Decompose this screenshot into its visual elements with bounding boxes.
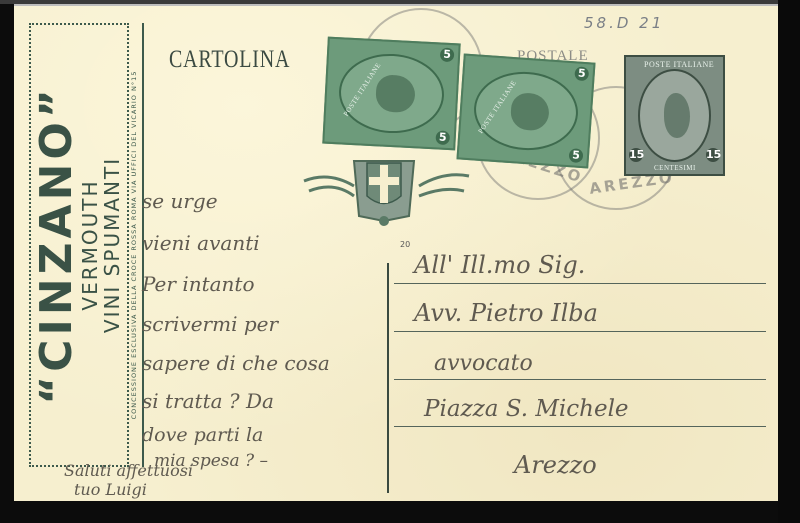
address-line: Piazza S. Michele	[424, 396, 629, 422]
message-line: vieni avanti	[142, 231, 260, 255]
address-line: All' Ill.mo Sig.	[414, 251, 585, 279]
catalog-note: 58.D 21	[584, 14, 664, 32]
message-line: tuo Luigi	[74, 480, 147, 499]
king-portrait-icon	[510, 91, 550, 131]
message-line: Saluti affettuosi	[64, 461, 193, 480]
king-portrait-icon	[664, 93, 690, 138]
address-line: avvocato	[434, 351, 533, 376]
postcard-title: CARTOLINA	[169, 46, 290, 74]
ad-line-spumanti: VINI SPUMANTI	[101, 157, 123, 333]
king-portrait-icon	[375, 74, 415, 113]
brand-name: “CINZANO”	[35, 85, 79, 405]
address-rule-4	[394, 426, 766, 427]
advertisement-panel: “CINZANO” VERMOUTH VINI SPUMANTI	[29, 23, 129, 467]
message-line: Per intanto	[142, 272, 255, 296]
address-rule-1	[394, 283, 766, 284]
message-line: dove parti la	[142, 424, 263, 446]
concession-text: CONCESSIONE ESCLUSIVA DELLA CROCE ROSSA …	[130, 25, 138, 465]
message-line: scrivermi per	[142, 312, 278, 336]
address-line: Avv. Pietro Ilba	[414, 299, 598, 327]
address-line: Arezzo	[514, 451, 597, 479]
postcard: “CINZANO” VERMOUTH VINI SPUMANTI CONCESS…	[14, 4, 778, 501]
message-line: se urge	[142, 189, 218, 213]
ad-line-vermouth: VERMOUTH	[79, 179, 101, 310]
vertical-divider	[387, 263, 389, 493]
savoy-coat-of-arms-icon	[299, 141, 474, 226]
imprinted-stamp-15-centesimi: POSTE ITALIANE 15 15 CENTESIMI	[624, 55, 725, 176]
address-number: 20	[400, 240, 410, 249]
message-line: sapere di che cosa	[142, 351, 330, 375]
stamp-5-centesimi-1: 5 5 POSTE ITALIANE	[322, 37, 460, 151]
address-rule-2	[394, 331, 766, 332]
address-rule-3	[394, 379, 766, 380]
stamp-5-centesimi-2: 5 5 POSTE ITALIANE	[456, 54, 595, 169]
message-line: si tratta ? Da	[142, 389, 274, 413]
scan-border-right	[778, 0, 800, 523]
